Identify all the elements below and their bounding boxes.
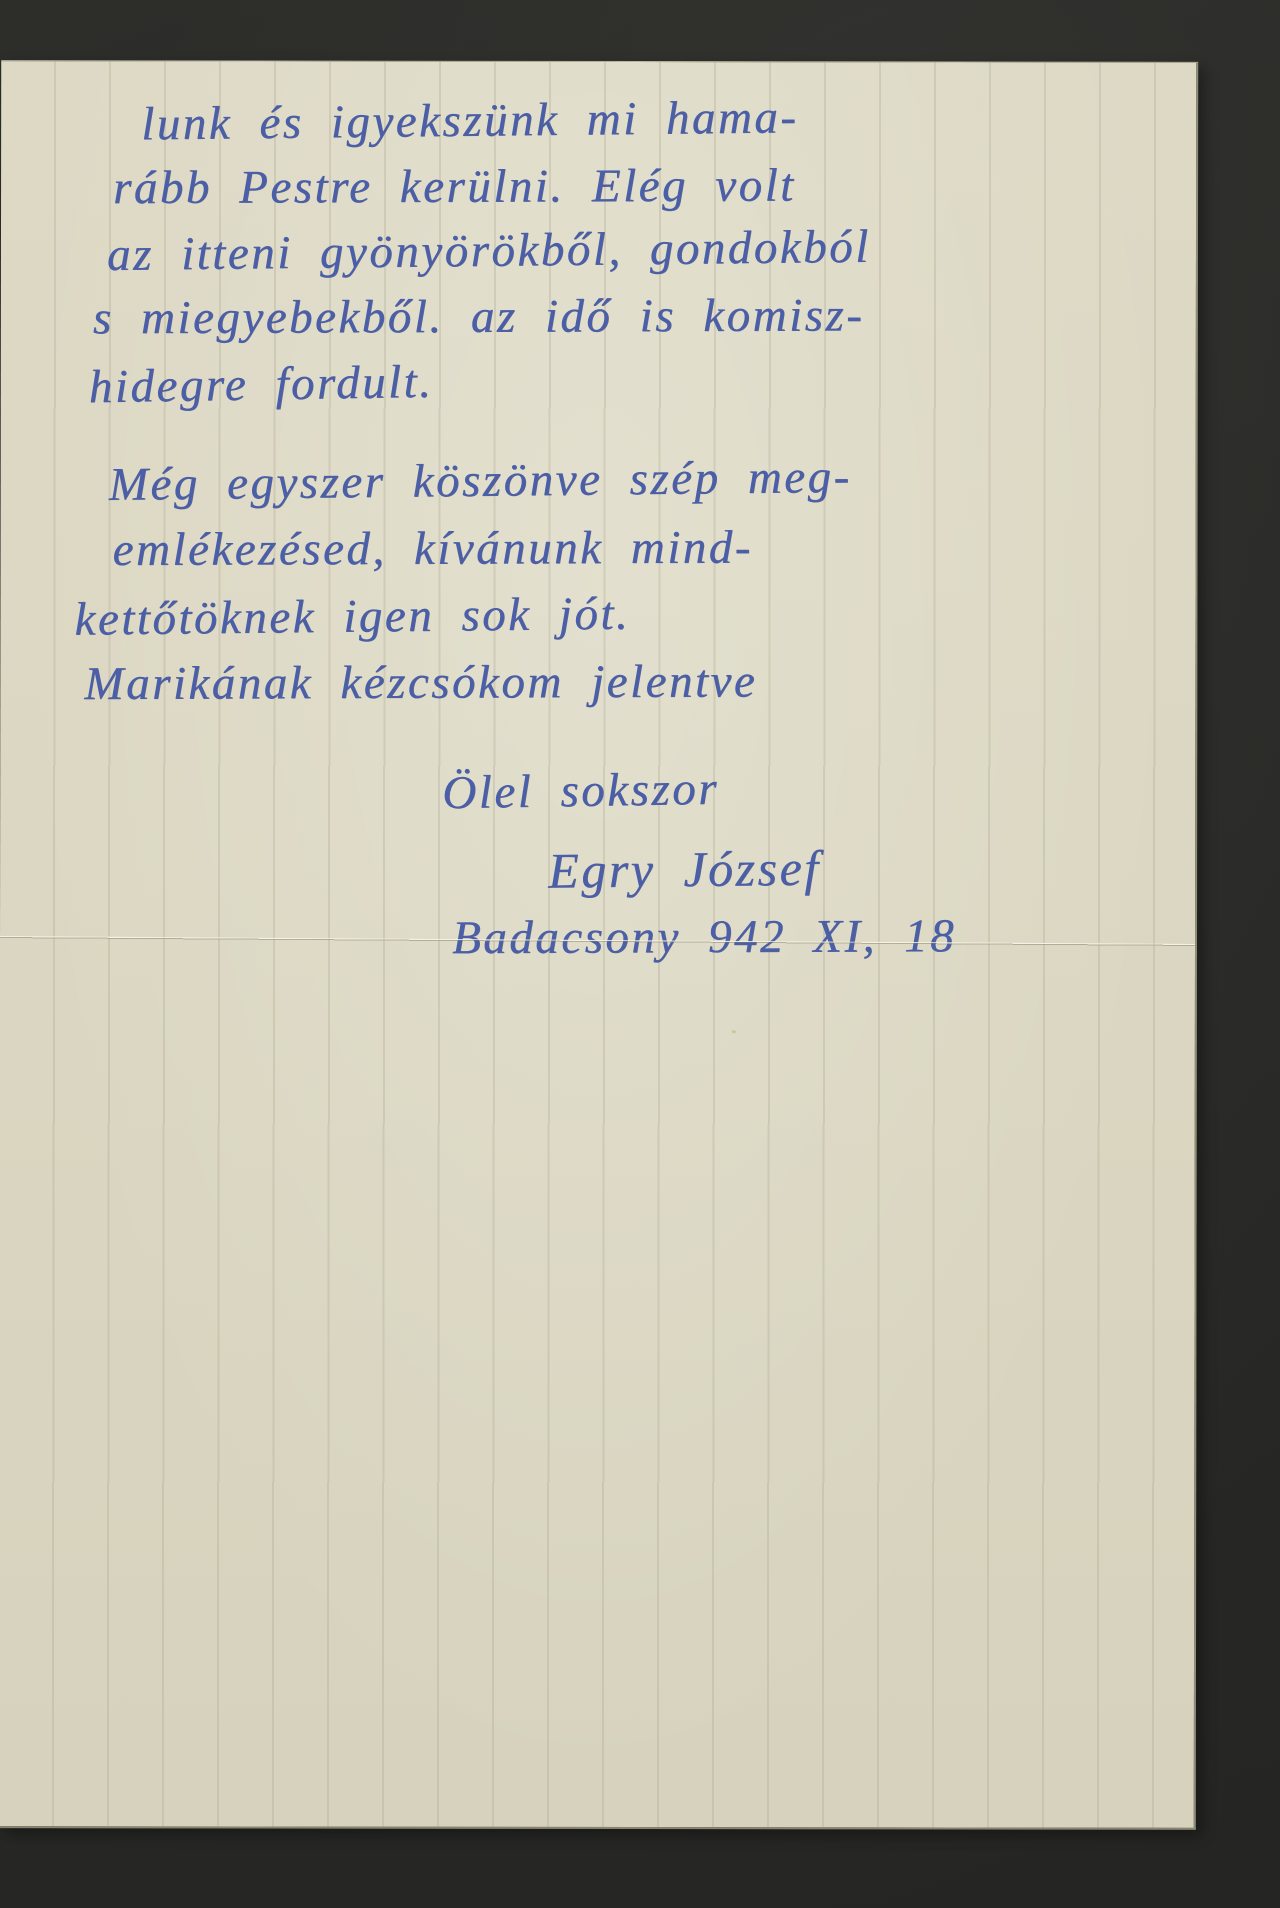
handwritten-line: az itteni gyönyörökből, gondokból [107,220,871,282]
handwritten-line: kettőtöknek igen sok jót. [74,587,630,647]
handwritten-line: emlékezésed, kívánunk mind- [112,521,752,577]
handwritten-line: Marikának kézcsókom jelentve [84,654,757,711]
signature: Egry József [548,839,821,900]
handwritten-line: Még egyszer köszönve szép meg- [108,450,852,512]
handwritten-line: s miegyebekből. az idő is komisz- [93,288,865,345]
place-date-line: Badacsony 942 XI, 18 [452,909,956,965]
handwritten-line: hidegre fordult. [88,355,433,415]
handwritten-line: rább Pestre kerülni. Elég volt [113,158,796,215]
closing-line: Ölel sokszor [442,762,720,820]
paper-speck [732,1030,736,1033]
handwritten-line: lunk és igyekszünk mi hama- [141,90,799,151]
letter-page: lunk és igyekszünk mi hama- rább Pestre … [0,60,1198,1830]
